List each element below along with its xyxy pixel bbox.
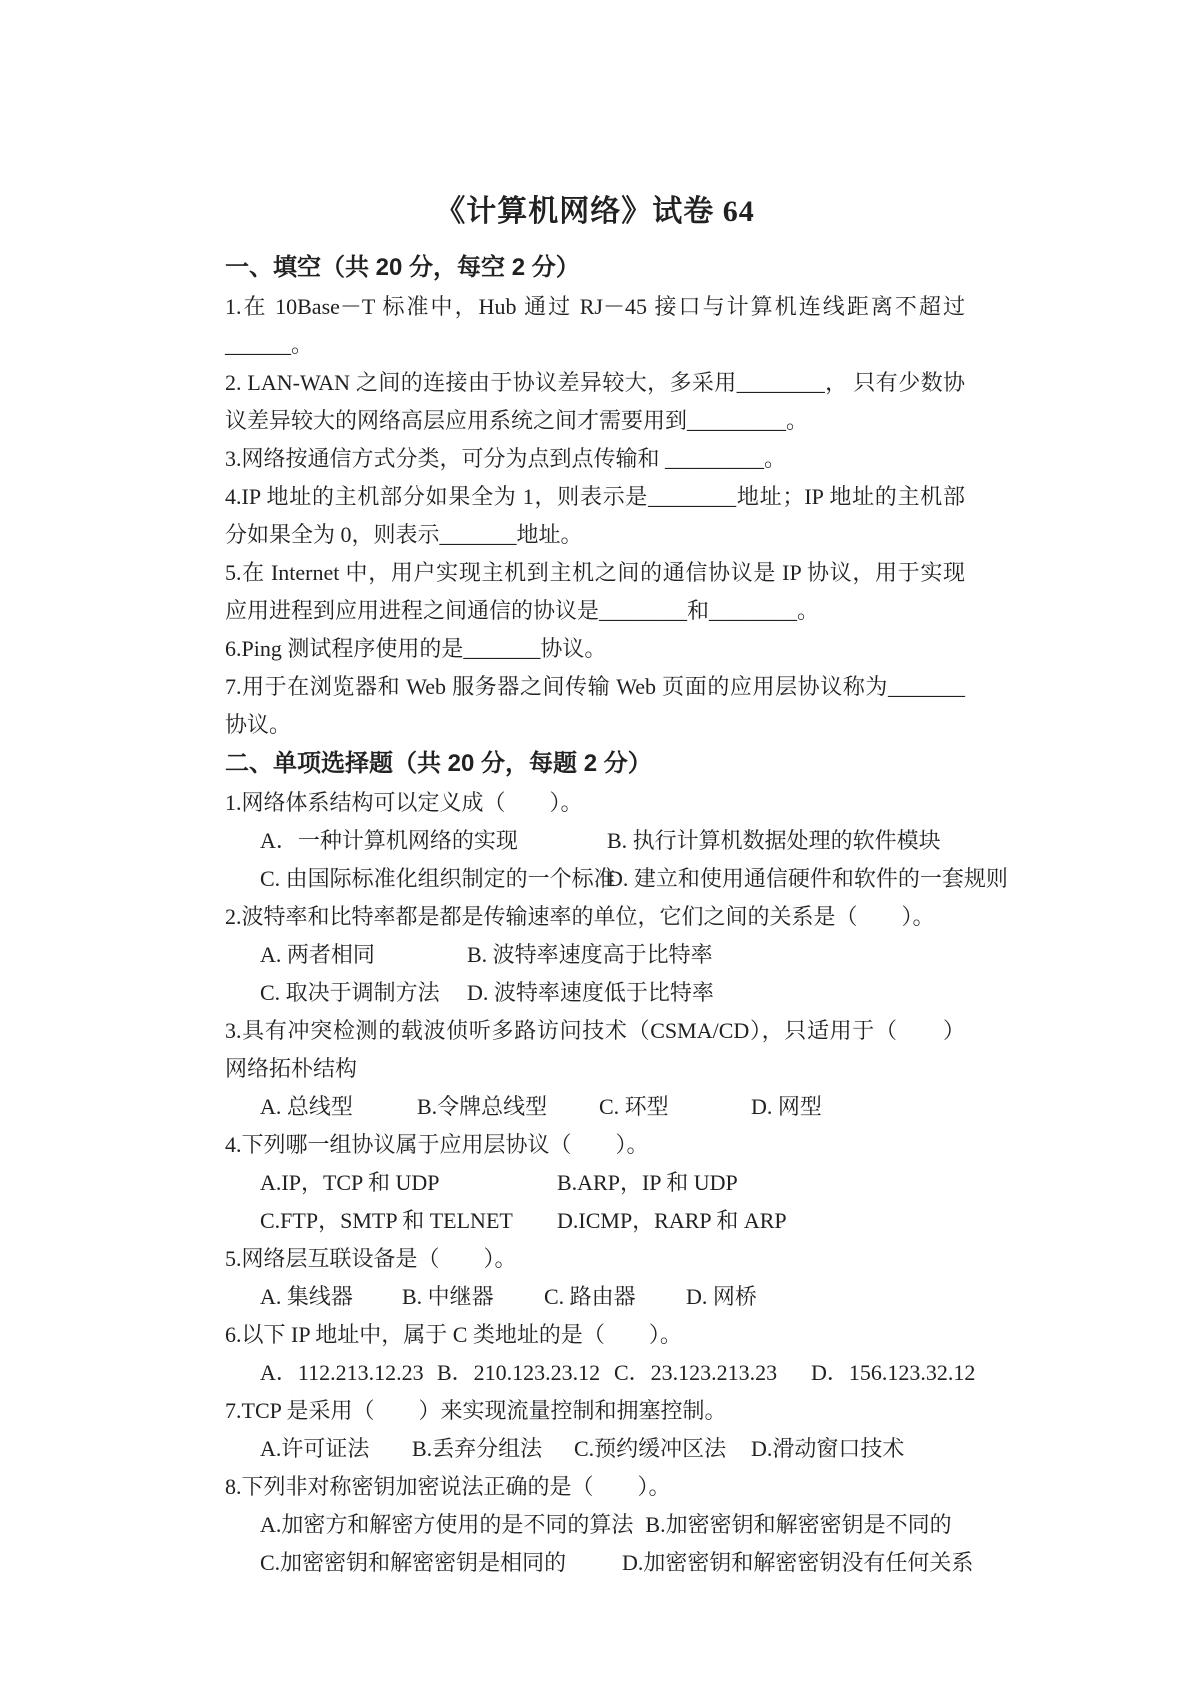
option-a: A．112.213.12.23 [260,1354,425,1392]
option-b: B.丢弃分组法 [412,1430,562,1468]
fill-blank-question-7: 7.用于在浏览器和 Web 服务器之间传输 Web 页面的应用层协议称为____… [225,668,965,744]
fill-blank-question-3: 3.网络按通信方式分类，可分为点到点传输和 _________。 [225,440,965,478]
option-b: B.加密密钥和解密密钥是不同的 [645,1506,951,1544]
section-multiple-choice-heading: 二、单项选择题（共 20 分，每题 2 分） [225,744,965,784]
option-b: B. 波特率速度高于比特率 [467,936,713,974]
section-fill-blank-heading: 一、填空（共 20 分，每空 2 分） [225,248,965,288]
option-row: A.IP，TCP 和 UDP B.ARP，IP 和 UDP [225,1164,965,1202]
option-b: B.ARP，IP 和 UDP [557,1164,738,1202]
question-text: 4.下列哪一组协议属于应用层协议（ ）。 [225,1126,965,1164]
option-row: C.FTP，SMTP 和 TELNET D.ICMP，RARP 和 ARP [225,1202,965,1240]
option-c: C.FTP，SMTP 和 TELNET [260,1202,545,1240]
choice-question-8: 8.下列非对称密钥加密说法正确的是（ ）。 A.加密方和解密方使用的是不同的算法… [225,1468,965,1582]
option-d: D.ICMP，RARP 和 ARP [557,1202,787,1240]
option-c: C. 环型 [599,1088,739,1126]
option-a: A. 两者相同 [260,936,455,974]
option-c: C. 取决于调制方法 [260,974,455,1012]
option-a: A.加密方和解密方使用的是不同的算法 [260,1506,633,1544]
question-text: 3.具有冲突检测的载波侦听多路访问技术（CSMA/CD），只适用于（ ）网络拓朴… [225,1012,965,1088]
option-d: D. 建立和使用通信硬件和软件的一套规则 [607,860,1008,898]
question-text: 6.以下 IP 地址中，属于 C 类地址的是（ ）。 [225,1316,965,1354]
option-a: A.许可证法 [260,1430,400,1468]
option-row: A.加密方和解密方使用的是不同的算法 B.加密密钥和解密密钥是不同的 [225,1506,965,1544]
question-text: 7.TCP 是采用（ ）来实现流量控制和拥塞控制。 [225,1392,965,1430]
option-a: A. 集线器 [260,1278,390,1316]
option-d: D. 网桥 [686,1278,757,1316]
fill-blank-question-6: 6.Ping 测试程序使用的是_______协议。 [225,630,965,668]
option-row: A．一种计算机网络的实现 B. 执行计算机数据处理的软件模块 [225,822,965,860]
choice-question-6: 6.以下 IP 地址中，属于 C 类地址的是（ ）。 A．112.213.12.… [225,1316,965,1392]
choice-question-2: 2.波特率和比特率都是都是传输速率的单位，它们之间的关系是（ ）。 A. 两者相… [225,898,965,1012]
question-text: 5.网络层互联设备是（ ）。 [225,1240,965,1278]
option-c: C. 由国际标准化组织制定的一个标准 [260,860,595,898]
option-c: C. 路由器 [544,1278,674,1316]
option-b: B．210.123.23.12 [437,1354,602,1392]
option-c: C.加密密钥和解密密钥是相同的 [260,1544,610,1582]
option-a: A．一种计算机网络的实现 [260,822,595,860]
option-b: B. 中继器 [402,1278,532,1316]
option-row: A. 总线型 B.令牌总线型 C. 环型 D. 网型 [225,1088,965,1126]
option-c: C.预约缓冲区法 [574,1430,739,1468]
choice-question-7: 7.TCP 是采用（ ）来实现流量控制和拥塞控制。 A.许可证法 B.丢弃分组法… [225,1392,965,1468]
page-title: 《计算机网络》试卷 64 [225,192,965,232]
exam-paper-page: 《计算机网络》试卷 64 一、填空（共 20 分，每空 2 分） 1.在 10B… [0,0,1190,1683]
option-c: C．23.123.213.23 [614,1354,799,1392]
choice-question-4: 4.下列哪一组协议属于应用层协议（ ）。 A.IP，TCP 和 UDP B.AR… [225,1126,965,1240]
question-text: 2.波特率和比特率都是都是传输速率的单位，它们之间的关系是（ ）。 [225,898,965,936]
option-d: D.滑动窗口技术 [751,1430,904,1468]
choice-question-5: 5.网络层互联设备是（ ）。 A. 集线器 B. 中继器 C. 路由器 D. 网… [225,1240,965,1316]
fill-blank-question-2: 2. LAN-WAN 之间的连接由于协议差异较大，多采用________， 只有… [225,364,965,440]
option-row: A. 集线器 B. 中继器 C. 路由器 D. 网桥 [225,1278,965,1316]
option-row: C. 由国际标准化组织制定的一个标准 D. 建立和使用通信硬件和软件的一套规则 [225,860,965,898]
question-text: 1.网络体系结构可以定义成（ ）。 [225,784,965,822]
option-d: D．156.123.32.12 [811,1354,975,1392]
option-row: A. 两者相同 B. 波特率速度高于比特率 [225,936,965,974]
option-a: A.IP，TCP 和 UDP [260,1164,545,1202]
option-b: B.令牌总线型 [417,1088,587,1126]
option-d: D. 波特率速度低于比特率 [467,974,714,1012]
option-a: A. 总线型 [260,1088,405,1126]
option-row: A.许可证法 B.丢弃分组法 C.预约缓冲区法 D.滑动窗口技术 [225,1430,965,1468]
question-text: 8.下列非对称密钥加密说法正确的是（ ）。 [225,1468,965,1506]
option-row: C.加密密钥和解密密钥是相同的 D.加密密钥和解密密钥没有任何关系 [225,1544,965,1582]
option-d: D.加密密钥和解密密钥没有任何关系 [622,1544,973,1582]
fill-blank-question-1: 1.在 10Base－T 标准中，Hub 通过 RJ－45 接口与计算机连线距离… [225,288,965,364]
fill-blank-question-5: 5.在 Internet 中，用户实现主机到主机之间的通信协议是 IP 协议，用… [225,554,965,630]
choice-question-1: 1.网络体系结构可以定义成（ ）。 A．一种计算机网络的实现 B. 执行计算机数… [225,784,965,898]
fill-blank-question-4: 4.IP 地址的主机部分如果全为 1，则表示是________地址；IP 地址的… [225,478,965,554]
option-d: D. 网型 [751,1088,822,1126]
option-b: B. 执行计算机数据处理的软件模块 [607,822,941,860]
option-row: C. 取决于调制方法 D. 波特率速度低于比特率 [225,974,965,1012]
option-row: A．112.213.12.23 B．210.123.23.12 C．23.123… [225,1354,965,1392]
choice-question-3: 3.具有冲突检测的载波侦听多路访问技术（CSMA/CD），只适用于（ ）网络拓朴… [225,1012,965,1126]
